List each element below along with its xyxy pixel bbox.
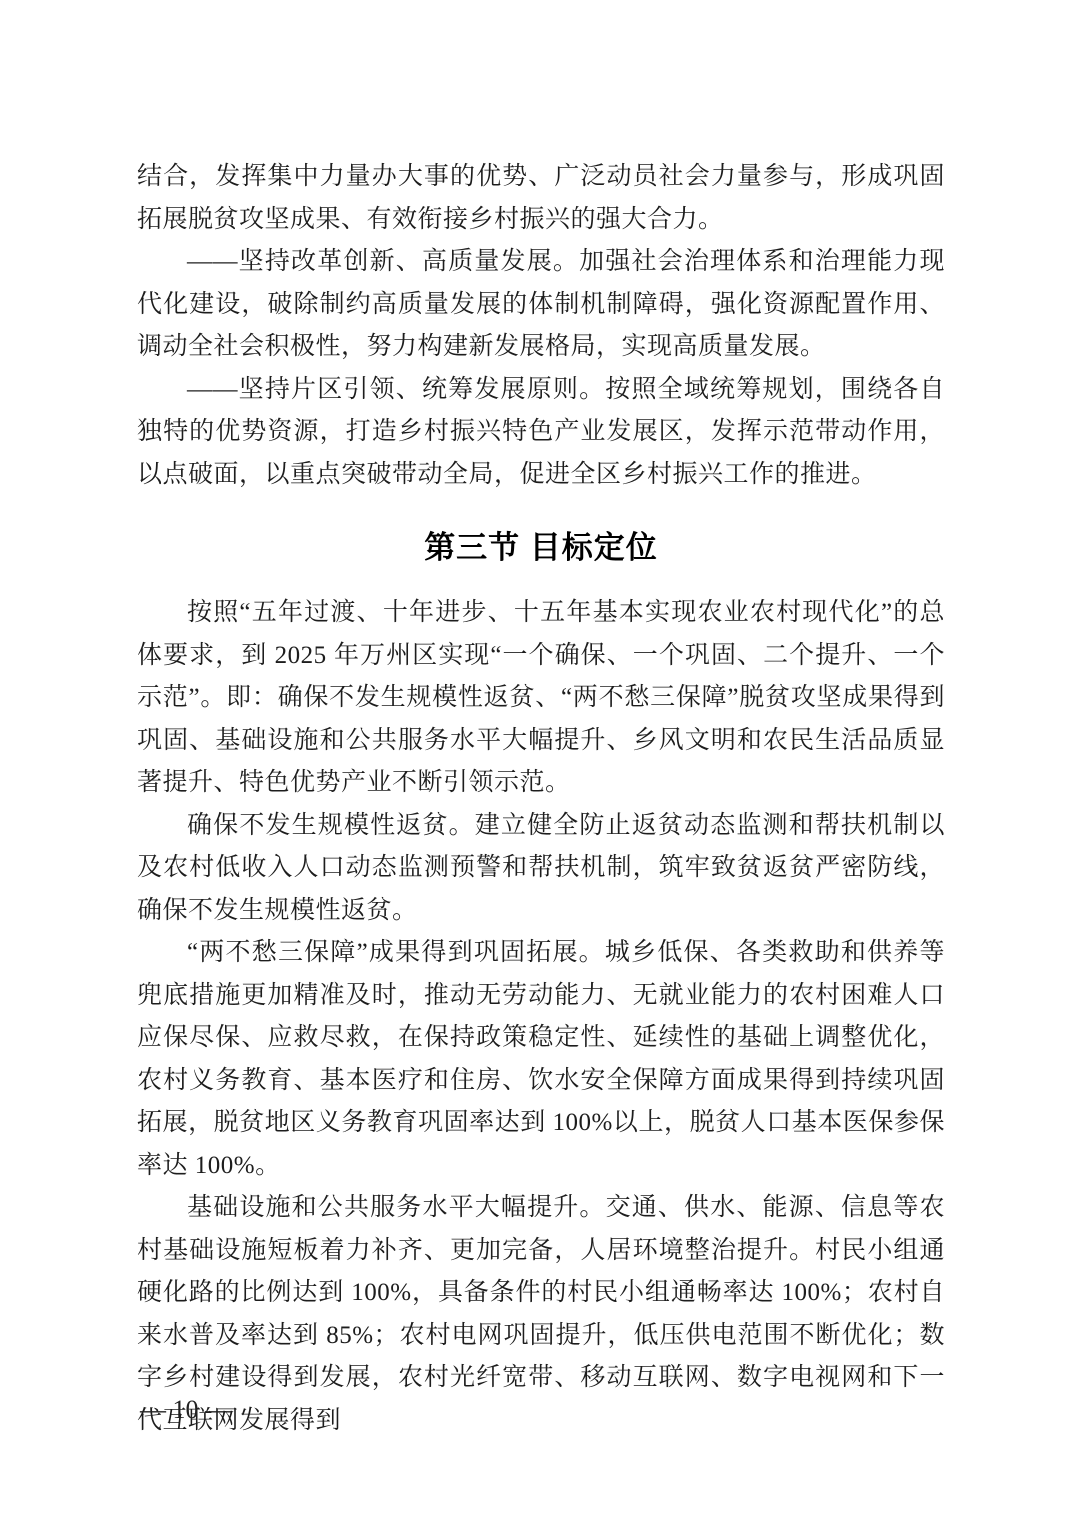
document-page: 结合，发挥集中力量办大事的优势、广泛动员社会力量参与，形成巩固拓展脱贫攻坚成果、… [0,0,1074,1520]
body-paragraph-principle-district: ——坚持片区引领、统筹发展原则。按照全域统筹规划，围绕各自独特的优势资源，打造乡… [137,369,945,497]
page-content: 结合，发挥集中力量办大事的优势、广泛动员社会力量参与，形成巩固拓展脱贫攻坚成果、… [137,156,945,1442]
page-number: — 10 — [140,1390,231,1430]
body-paragraph-no-poverty-return: 确保不发生规模性返贫。建立健全防止返贫动态监测和帮扶机制以及农村低收入人口动态监… [137,805,945,933]
body-paragraph-overall-goals: 按照“五年过渡、十年进步、十五年基本实现农业农村现代化”的总体要求，到 2025… [137,592,945,805]
body-paragraph-principle-reform: ——坚持改革创新、高质量发展。加强社会治理体系和治理能力现代化建设，破除制约高质… [137,241,945,369]
section-heading: 第三节 目标定位 [137,529,945,567]
body-paragraph-continuation: 结合，发挥集中力量办大事的优势、广泛动员社会力量参与，形成巩固拓展脱贫攻坚成果、… [137,156,945,241]
body-paragraph-three-guarantees: “两不愁三保障”成果得到巩固拓展。城乡低保、各类救助和供养等兜底措施更加精准及时… [137,932,945,1187]
body-paragraph-infrastructure: 基础设施和公共服务水平大幅提升。交通、供水、能源、信息等农村基础设施短板着力补齐… [137,1187,945,1442]
